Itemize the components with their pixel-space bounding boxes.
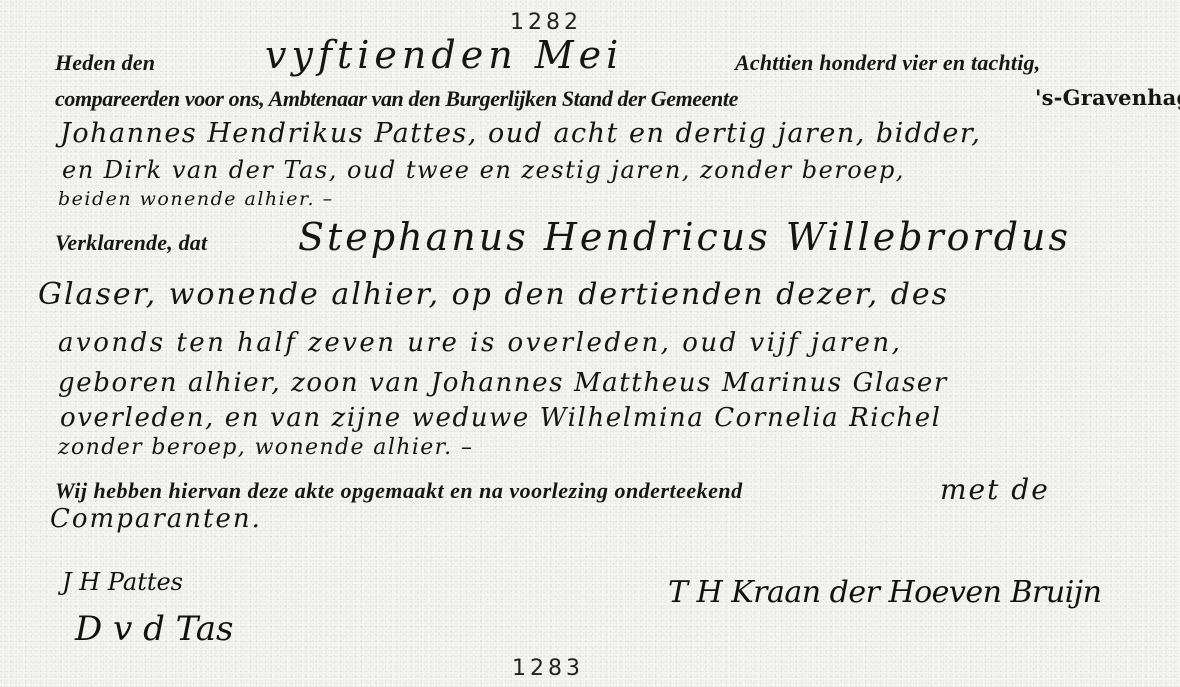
printed-verklarende: Verklarende, dat bbox=[55, 232, 207, 254]
printed-closing-statement: Wij hebben hiervan deze akte opgemaakt e… bbox=[55, 480, 743, 502]
handwritten-deceased-surname-line: Glaser, wonende alhier, op den dertiende… bbox=[38, 280, 949, 310]
printed-year: Achttien honderd vier en tachtig, bbox=[735, 52, 1040, 74]
handwritten-mother-residence: zonder beroep, wonende alhier. – bbox=[58, 437, 473, 459]
handwritten-comparanten: Comparanten. bbox=[50, 506, 262, 532]
handwritten-date: vyftienden Mei bbox=[265, 36, 623, 74]
handwritten-residence: beiden wonende alhier. – bbox=[58, 190, 334, 209]
record-number-top: 1282 bbox=[510, 12, 582, 34]
signature-witness-2: D v d Tas bbox=[75, 612, 233, 646]
printed-place-name: 's-Gravenhage, bbox=[1035, 87, 1180, 108]
handwritten-met-de: met de bbox=[940, 476, 1050, 504]
signature-witness-1: J H Pattes bbox=[62, 570, 183, 594]
printed-heden-den: Heden den bbox=[55, 52, 155, 74]
scanned-death-record: 1282 Heden den vyftienden Mei Achttien h… bbox=[0, 0, 1180, 687]
handwritten-parent-father: geboren alhier, zoon van Johannes Matthe… bbox=[58, 370, 948, 396]
handwritten-witness-2: en Dirk van der Tas, oud twee en zestig … bbox=[62, 158, 905, 182]
printed-compareerden: compareerden voor ons, Ambtenaar van den… bbox=[55, 88, 738, 110]
record-number-bottom: 1283 bbox=[512, 658, 584, 680]
handwritten-deceased-names: Stephanus Hendricus Willebrordus bbox=[298, 218, 1071, 256]
handwritten-time-of-death: avonds ten half zeven ure is overleden, … bbox=[58, 330, 902, 356]
handwritten-parent-mother: overleden, en van zijne weduwe Wilhelmin… bbox=[60, 405, 942, 431]
handwritten-witness-1: Johannes Hendrikus Pattes, oud acht en d… bbox=[60, 120, 981, 147]
signature-official: T H Kraan der Hoeven Bruijn bbox=[668, 578, 1101, 608]
